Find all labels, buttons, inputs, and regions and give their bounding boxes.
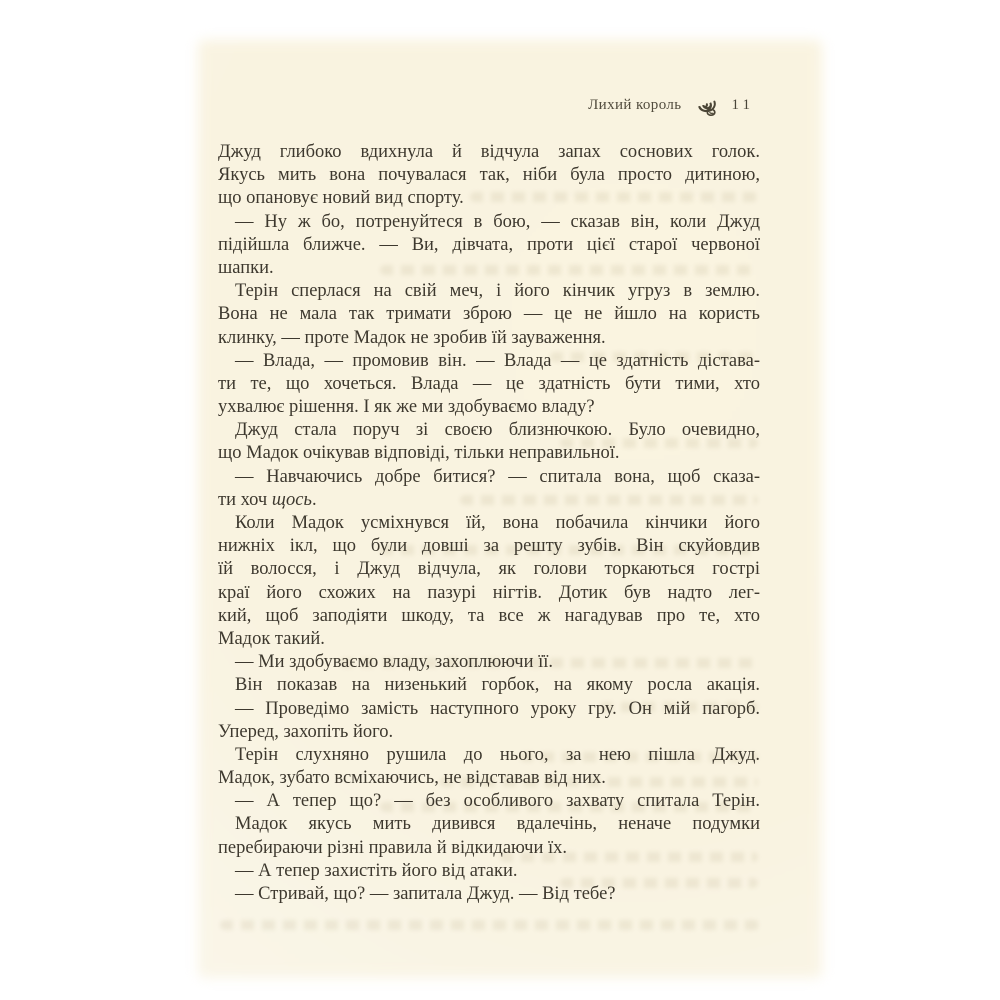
text-line: їй волосся, і Джуд відчула, як голови то… <box>218 558 760 581</box>
page-content: Лихий король 11 Джуд глибоко вдихнула й … <box>198 40 822 978</box>
text-line: перебираючи різні правила й відкидаючи ї… <box>218 837 760 860</box>
showthrough-texture <box>220 920 760 930</box>
text-line: краї його схожих на пазурі нігтів. Дотик… <box>218 582 760 605</box>
text-line: Якусь мить вона почувалася так, ніби бул… <box>218 164 760 187</box>
text-line: ти хоч щось. <box>218 489 760 512</box>
body-text: Джуд глибоко вдихнула й відчула запах со… <box>218 141 760 906</box>
text-line: Мадок, зубато всміхаючись, не відставав … <box>218 767 760 790</box>
running-title: Лихий король <box>588 97 681 114</box>
text-line: нижніх ікл, що були довші за решту зубів… <box>218 535 760 558</box>
text-line: Уперед, захопіть його. <box>218 721 760 744</box>
text-line: — Ми здобуваємо владу, захоплюючи її. <box>218 651 760 674</box>
running-header: Лихий король 11 <box>588 90 754 120</box>
text-line: — Стривай, що? — запитала Джуд. — Від те… <box>218 883 760 906</box>
text-line: шапки. <box>218 257 760 280</box>
text-line: Джуд стала поруч зі своєю близнючкою. Бу… <box>218 419 760 442</box>
text-line: ухвалює рішення. І як же ми здобуваємо в… <box>218 396 760 419</box>
text-line: Вона не мала так тримати зброю — це не й… <box>218 303 760 326</box>
text-line: Мадок якусь мить дивився вдалечінь, нена… <box>218 813 760 836</box>
text-line: Джуд глибоко вдихнула й відчула запах со… <box>218 141 760 164</box>
text-line: кий, щоб заподіяти шкоду, та все ж нагад… <box>218 605 760 628</box>
text-line: — А тепер захистіть його від атаки. <box>218 860 760 883</box>
scanned-book-page: Лихий король 11 Джуд глибоко вдихнула й … <box>0 0 1000 1000</box>
text-line: Коли Мадок усміхнувся їй, вона побачила … <box>218 512 760 535</box>
page-number: 11 <box>730 97 754 114</box>
text-line: клинку, — проте Мадок не зробив їй заува… <box>218 327 760 350</box>
text-line: — Проведімо замість наступного уроку гру… <box>218 698 760 721</box>
text-line: що опановує новий вид спорту. <box>218 187 760 210</box>
text-line: Мадок такий. <box>218 628 760 651</box>
text-line: Він показав на низенький горбок, на яком… <box>218 674 760 697</box>
text-line: Терін сперлася на свій меч, і його кінчи… <box>218 280 760 303</box>
text-line: — Влада, — промовив він. — Влада — це зд… <box>218 350 760 373</box>
text-line: ти те, що хочеться. Влада — це здатність… <box>218 373 760 396</box>
text-line: — А тепер що? — без особливого захвату с… <box>218 790 760 813</box>
snail-spiral-ornament-icon <box>691 90 721 120</box>
text-line: підійшла ближче. — Ви, дівчата, проти ці… <box>218 234 760 257</box>
text-line: Терін слухняно рушила до нього, за нею п… <box>218 744 760 767</box>
text-line: — Ну ж бо, потренуйтеся в бою, — сказав … <box>218 211 760 234</box>
text-line: що Мадок очікував відповіді, тільки непр… <box>218 442 760 465</box>
text-line: — Навчаючись добре битися? — спитала вон… <box>218 466 760 489</box>
